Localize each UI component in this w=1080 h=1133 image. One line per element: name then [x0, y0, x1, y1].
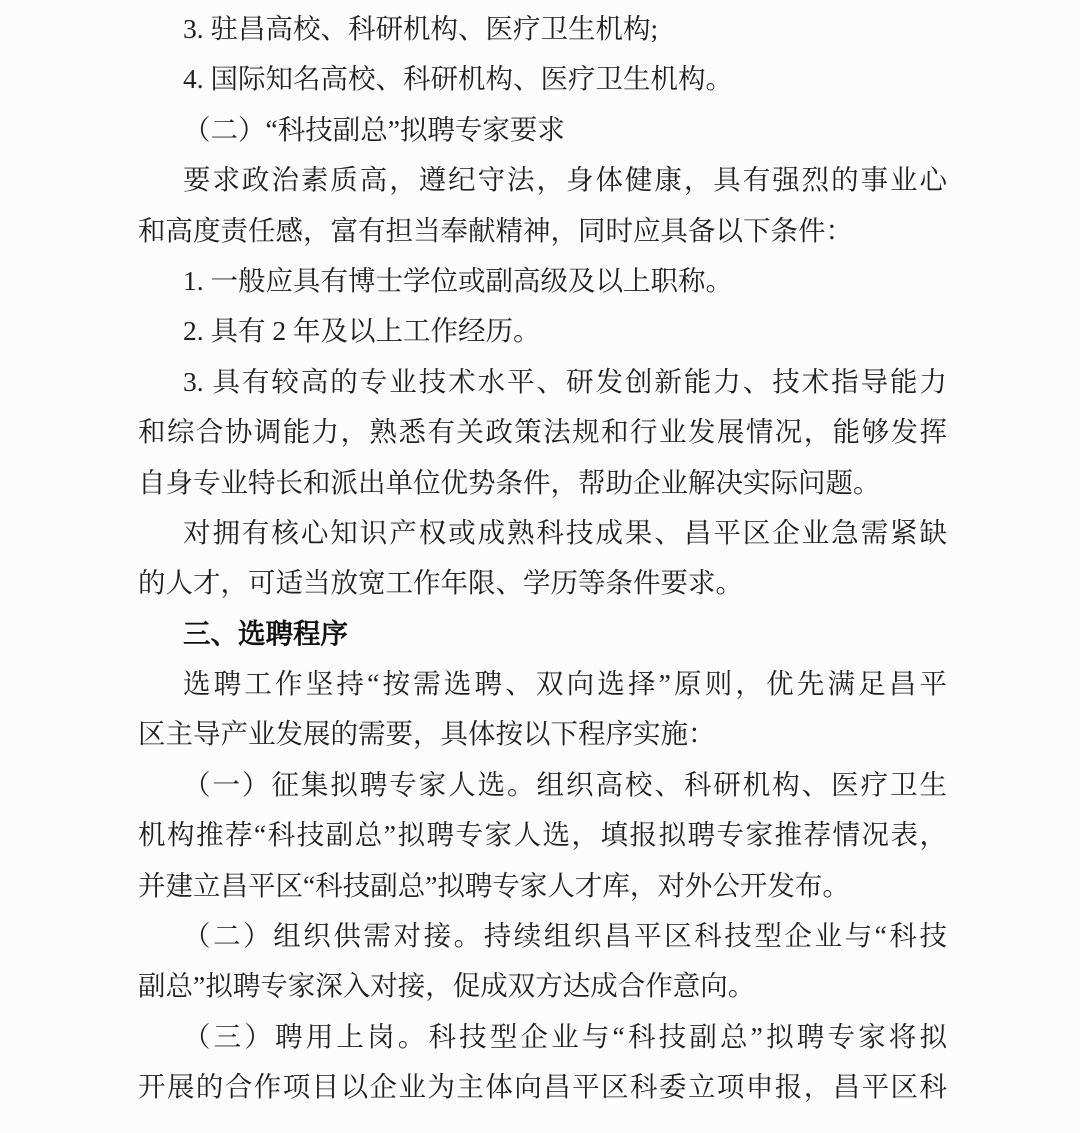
text-line: 选聘工作坚持“按需选聘、双向选择”原则，优先满足昌平	[138, 659, 947, 709]
text-line: 的人才，可适当放宽工作年限、学历等条件要求。	[138, 558, 947, 608]
document-text-block: 3. 驻昌高校、科研机构、医疗卫生机构;4. 国际知名高校、科研机构、医疗卫生机…	[138, 4, 947, 1113]
text-line: 对拥有核心知识产权或成熟科技成果、昌平区企业急需紧缺	[138, 508, 947, 558]
text-line: （一）征集拟聘专家人选。组织高校、科研机构、医疗卫生	[138, 760, 947, 810]
text-line: 机构推荐“科技副总”拟聘专家人选，填报拟聘专家推荐情况表，	[138, 810, 947, 860]
text-line: 4. 国际知名高校、科研机构、医疗卫生机构。	[138, 54, 947, 104]
text-line: 2. 具有 2 年及以上工作经历。	[138, 306, 947, 356]
document-page: 3. 驻昌高校、科研机构、医疗卫生机构;4. 国际知名高校、科研机构、医疗卫生机…	[0, 0, 1080, 1133]
text-line: 1. 一般应具有博士学位或副高级及以上职称。	[138, 256, 947, 306]
text-line: （三）聘用上岗。科技型企业与“科技副总”拟聘专家将拟	[138, 1012, 947, 1062]
text-line: 3. 驻昌高校、科研机构、医疗卫生机构;	[138, 4, 947, 54]
text-line: 并建立昌平区“科技副总”拟聘专家人才库，对外公开发布。	[138, 861, 947, 911]
text-line: （二）组织供需对接。持续组织昌平区科技型企业与“科技	[138, 911, 947, 961]
text-line: 副总”拟聘专家深入对接，促成双方达成合作意向。	[138, 961, 947, 1011]
text-line: 要求政治素质高，遵纪守法，身体健康，具有强烈的事业心	[138, 155, 947, 205]
text-line: （二）“科技副总”拟聘专家要求	[138, 105, 947, 155]
text-line: 3. 具有较高的专业技术水平、研发创新能力、技术指导能力	[138, 357, 947, 407]
text-line: 区主导产业发展的需要，具体按以下程序实施：	[138, 709, 947, 759]
text-line: 自身专业特长和派出单位优势条件，帮助企业解决实际问题。	[138, 458, 947, 508]
text-line: 和高度责任感，富有担当奉献精神，同时应具备以下条件：	[138, 206, 947, 256]
section-heading: 三、选聘程序	[138, 609, 947, 659]
text-line: 和综合协调能力，熟悉有关政策法规和行业发展情况，能够发挥	[138, 407, 947, 457]
text-line: 开展的合作项目以企业为主体向昌平区科委立项申报，昌平区科	[138, 1062, 947, 1112]
